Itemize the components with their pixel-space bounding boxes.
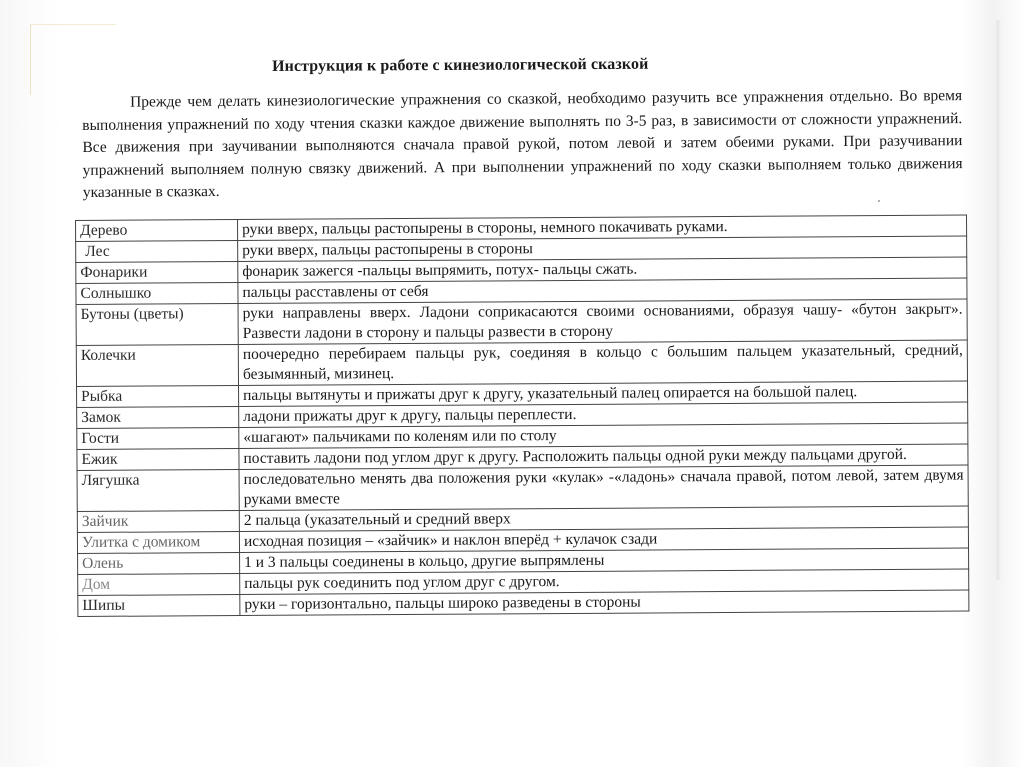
exercise-description: поочередно перебираем пальцы рук, соедин… xyxy=(238,340,967,385)
exercise-name: Гости xyxy=(77,428,239,450)
exercise-name: Улитка с домиком xyxy=(77,532,239,554)
exercise-name: Замок xyxy=(77,407,239,429)
intro-paragraph: Прежде чем делать кинезиологические упра… xyxy=(82,85,963,204)
scan-corner-mark xyxy=(30,24,116,95)
table-row: Шипы руки – горизонтально, пальцы широко… xyxy=(78,590,969,616)
exercise-name: Ежик xyxy=(77,449,239,471)
exercise-name: Солнышко xyxy=(76,283,238,305)
exercise-name: Бутоны (цветы) xyxy=(76,304,238,346)
exercise-name: Дом xyxy=(78,574,240,596)
exercise-name: Рыбка xyxy=(77,386,239,408)
table-row: Бутоны (цветы) руки направлены вверх. Ла… xyxy=(76,299,967,345)
exercise-table: Дерево руки вверх, пальцы растопырены в … xyxy=(75,215,969,617)
exercise-name: Шипы xyxy=(78,595,240,617)
exercise-name: Фонарики xyxy=(76,262,238,284)
exercise-name: Лес xyxy=(76,241,238,263)
exercise-name: Лягушка xyxy=(77,470,239,512)
exercise-name: Колечки xyxy=(76,345,238,387)
exercise-name: Зайчик xyxy=(77,511,239,533)
table-row: Лягушка последовательно менять два полож… xyxy=(77,465,968,511)
exercise-description: руки – горизонтально, пальцы широко разв… xyxy=(240,590,969,615)
document-title: Инструкция к работе с кинезиологической … xyxy=(272,56,648,76)
scan-speck xyxy=(878,200,880,202)
exercise-name: Олень xyxy=(78,553,240,575)
exercise-description: руки направлены вверх. Ладони соприкасаю… xyxy=(238,299,967,344)
scanned-page: Инструкция к работе с кинезиологической … xyxy=(0,0,1024,767)
exercise-description: последовательно менять два положения рук… xyxy=(239,465,968,510)
table-row: Колечки поочередно перебираем пальцы рук… xyxy=(76,340,967,386)
exercise-name: Дерево xyxy=(76,220,238,242)
page-edge-shadow xyxy=(995,20,1001,580)
